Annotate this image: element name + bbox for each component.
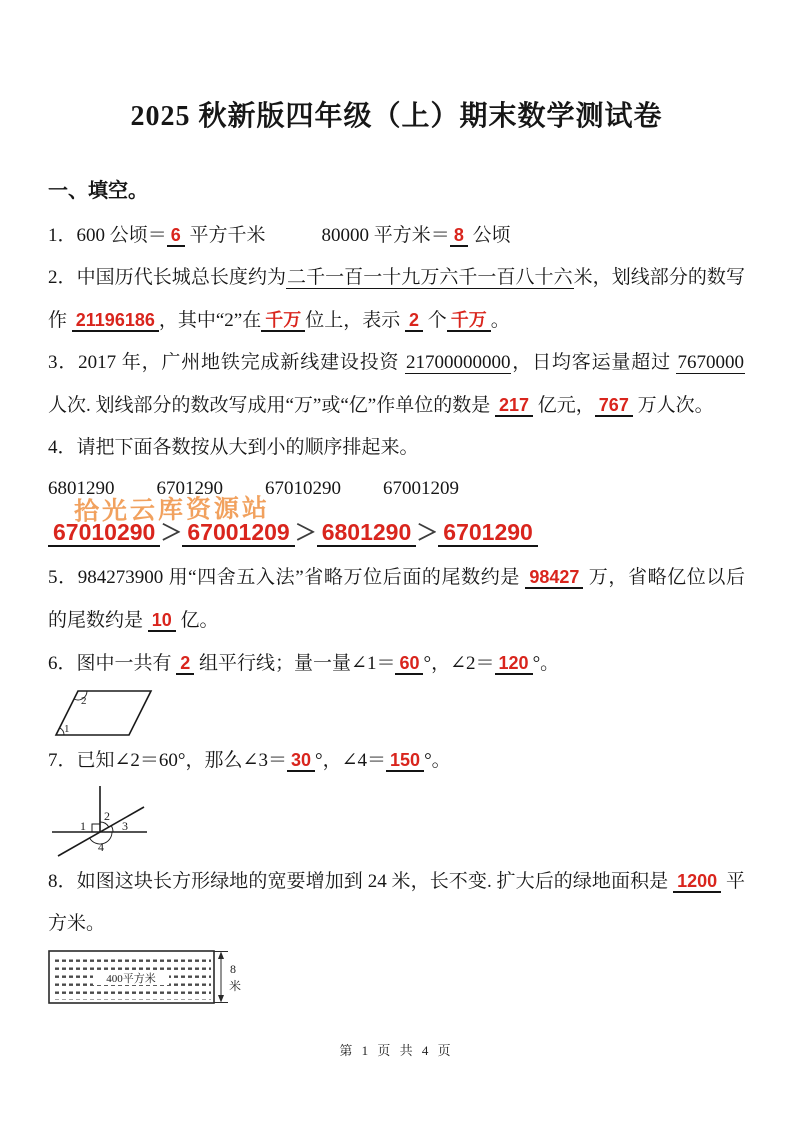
q4-answer-1: 67010290	[48, 519, 160, 547]
q6-text-2: 组平行线；量一量∠1＝	[194, 653, 395, 674]
greenland-svg: 400平方米 8 米	[48, 949, 248, 1007]
angle-3-arc	[111, 826, 113, 832]
q4-greater-than-2: ＞	[295, 520, 317, 545]
q2-answer-4: 千万	[447, 310, 491, 332]
parallelogram-angle-1-label: 1	[64, 723, 70, 735]
question-8: 8．如图这块长方形绿地的宽要增加到 24 米，长不变. 扩大后的绿地面积是 12…	[48, 860, 745, 945]
q6-text-1: 6．图中一共有	[48, 653, 176, 674]
q5-text-3: 亿。	[176, 610, 219, 631]
q3-answer-2: 767	[595, 395, 633, 417]
page-footer: 第 1 页 共 4 页	[0, 1040, 793, 1059]
q2-text-3: ，其中“2”在	[159, 310, 261, 331]
q3-text-1: 3．2017 年，广州地铁完成新线建设投资	[48, 352, 405, 373]
q1-answer-2: 8	[450, 225, 468, 247]
q7-answer-1: 30	[287, 750, 315, 772]
height-unit-label: 米	[229, 978, 241, 993]
question-2: 2．中国历代长城总长度约为二千一百一十九万六千一百八十六米，划线部分的数写作 2…	[48, 257, 745, 342]
q3-underlined-number-2: 7670000	[676, 352, 745, 374]
q2-underlined-number: 二千一百一十九万六千一百八十六	[286, 267, 574, 289]
q6-text-4: °。	[533, 653, 560, 674]
q3-text-3: 人次. 划线部分的数改写成用“万”或“亿”作单位的数是	[48, 395, 495, 416]
q4-number-3: 67010290	[265, 478, 341, 499]
right-angle-mark	[92, 824, 100, 832]
q5-answer-1: 98427	[525, 567, 583, 589]
page-content: 2025 秋新版四年级（上）期末数学测试卷 一、填空。 1．600 公顷＝6 平…	[0, 0, 793, 1007]
q3-text-4: 亿元，	[533, 395, 595, 416]
dimension-arrow-up	[218, 952, 224, 960]
q4-greater-than-3: ＞	[416, 520, 438, 545]
q6-answer-2: 60	[395, 653, 423, 675]
intersecting-lines-svg: 1 2 3 4	[50, 782, 160, 860]
height-value-label: 8	[230, 962, 236, 976]
q7-text-3: °。	[424, 750, 451, 771]
q7-text-2: °，∠4＝	[315, 750, 386, 771]
q2-text-5: 个	[423, 310, 447, 331]
q4-answer-row: 67010290＞67001209＞6801290＞6701290	[48, 509, 745, 556]
q7-answer-2: 150	[386, 750, 424, 772]
greenland-area-label: 400平方米	[106, 971, 156, 985]
parallelogram-angle-2-label: 2	[81, 695, 87, 707]
question-1: 1．600 公顷＝6 平方千米80000 平方米＝8 公顷	[48, 214, 745, 257]
q1-answer-1: 6	[167, 225, 185, 247]
q3-text-5: 万人次。	[633, 395, 714, 416]
q2-answer-2: 千万	[261, 310, 305, 332]
q4-answer-2: 67001209	[182, 519, 294, 547]
question-7: 7．已知∠2＝60°，那么∠3＝30°，∠4＝150°。	[48, 739, 745, 782]
q4-number-2: 6701290	[157, 478, 224, 499]
q8-answer-1: 1200	[673, 871, 721, 893]
q6-text-3: °，∠2＝	[423, 653, 494, 674]
q1-text-3: 80000 平方米＝	[322, 225, 450, 246]
lines-angle-2-label: 2	[104, 809, 110, 823]
q8-text-1: 8．如图这块长方形绿地的宽要增加到 24 米，长不变. 扩大后的绿地面积是	[48, 871, 673, 892]
page-title: 2025 秋新版四年级（上）期末数学测试卷	[48, 98, 745, 136]
q3-underlined-number-1: 21700000000	[405, 352, 512, 374]
test-paper-page: 2025 秋新版四年级（上）期末数学测试卷 一、填空。 1．600 公顷＝6 平…	[0, 0, 793, 1122]
q7-text-1: 7．已知∠2＝60°，那么∠3＝	[48, 750, 287, 771]
q1-text-2: 平方千米	[185, 225, 266, 246]
section-heading: 一、填空。	[48, 176, 745, 206]
q5-answer-2: 10	[148, 610, 176, 632]
q1-text-1: 1．600 公顷＝	[48, 225, 167, 246]
q2-text-1: 2．中国历代长城总长度约为	[48, 267, 286, 288]
q2-answer-1: 21196186	[72, 310, 159, 332]
question-5: 5．984273900 用“四舍五入法”省略万位后面的尾数约是 98427 万，…	[48, 556, 745, 642]
q4-number-4: 67001209	[383, 478, 459, 499]
q2-text-4: 位上，表示	[305, 310, 405, 331]
lines-angle-4-label: 4	[98, 840, 104, 854]
q2-text-6: 。	[491, 310, 510, 331]
q4-answer-4: 6701290	[438, 519, 538, 547]
q1-text-4: 公顷	[468, 225, 511, 246]
q4-number-1: 6801290	[48, 478, 115, 499]
q3-answer-1: 217	[495, 395, 533, 417]
parallelogram-svg: 2 1	[50, 687, 165, 739]
lines-angle-1-label: 1	[80, 819, 86, 833]
q4-numbers-row: 680129067012906701029067001209	[48, 469, 745, 509]
q6-answer-3: 120	[495, 653, 533, 675]
intersecting-lines-figure: 1 2 3 4	[50, 782, 745, 860]
q5-text-1: 5．984273900 用“四舍五入法”省略万位后面的尾数约是	[48, 567, 525, 588]
dimension-arrow-down	[218, 995, 224, 1003]
question-3: 3．2017 年，广州地铁完成新线建设投资 21700000000，日均客运量超…	[48, 342, 745, 427]
q4-text-1: 4．请把下面各数按从大到小的顺序排起来。	[48, 437, 419, 458]
q6-answer-1: 2	[176, 653, 194, 675]
lines-angle-3-label: 3	[122, 819, 128, 833]
q3-text-2: ，日均客运量超过	[511, 352, 676, 373]
q2-answer-3: 2	[405, 310, 423, 332]
greenland-figure: 400平方米 8 米	[48, 949, 745, 1007]
parallelogram-figure: 2 1	[50, 687, 745, 739]
question-6: 6．图中一共有 2 组平行线；量一量∠1＝60°，∠2＝120°。	[48, 642, 745, 685]
question-4: 4．请把下面各数按从大到小的顺序排起来。	[48, 427, 745, 469]
q4-answer-3: 6801290	[317, 519, 417, 547]
q4-greater-than-1: ＞	[160, 520, 182, 545]
parallelogram-shape	[56, 691, 151, 735]
